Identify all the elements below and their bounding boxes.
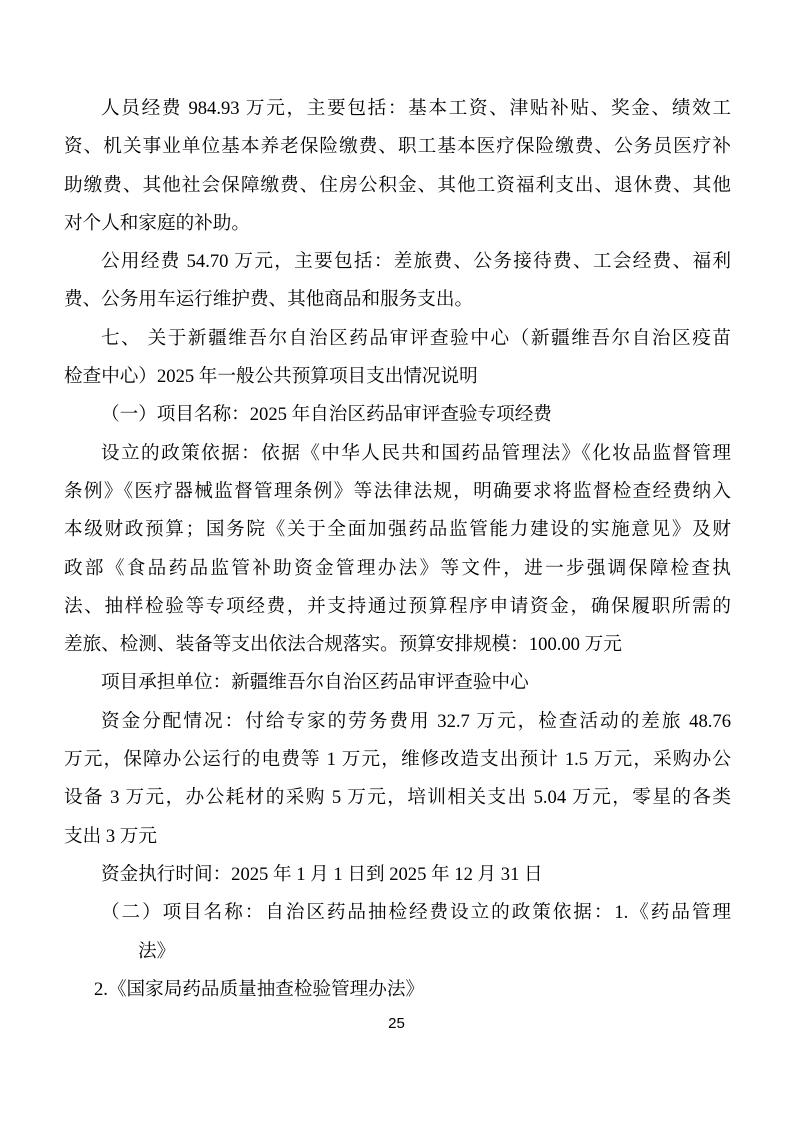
text-line: （一）项目名称：2025 年自治区药品审评查验专项经费 [64, 396, 731, 434]
text-line: 2.《国家局药品质量抽查检验管理办法》 [64, 971, 731, 1009]
text-line: 检查中心）2025 年一般公共预算项目支出情况说明 [64, 358, 731, 396]
text-line: 设立的政策依据：依据《中华人民共和国药品管理法》《化妆品监督管理 [64, 435, 731, 473]
text-line: 差旅、检测、装备等支出依法合规落实。预算安排规模：100.00 万元 [64, 626, 731, 664]
text-line: 政部《食品药品监管补助资金管理办法》等文件，进一步强调保障检查执 [64, 550, 731, 588]
text-line: 法》 [64, 933, 731, 971]
text-line: 人员经费 984.93 万元，主要包括：基本工资、津贴补贴、奖金、绩效工 [64, 90, 731, 128]
text-line: 设备 3 万元，办公耗材的采购 5 万元，培训相关支出 5.04 万元，零星的各… [64, 779, 731, 817]
text-line: 对个人和家庭的补助。 [64, 205, 731, 243]
text-line: 资、机关事业单位基本养老保险缴费、职工基本医疗保险缴费、公务员医疗补 [64, 128, 731, 166]
text-line: 七、 关于新疆维吾尔自治区药品审评查验中心（新疆维吾尔自治区疫苗 [64, 320, 731, 358]
text-line: 条例》《医疗器械监督管理条例》等法律法规，明确要求将监督检查经费纳入 [64, 473, 731, 511]
text-line: 助缴费、其他社会保障缴费、住房公积金、其他工资福利支出、退休费、其他 [64, 167, 731, 205]
document-page: { "document": { "page_number": "25", "li… [0, 0, 793, 1122]
text-line: 本级财政预算；国务院《关于全面加强药品监管能力建设的实施意见》及财 [64, 511, 731, 549]
document-body: 人员经费 984.93 万元，主要包括：基本工资、津贴补贴、奖金、绩效工 资、机… [64, 90, 731, 1009]
text-line: 公用经费 54.70 万元，主要包括：差旅费、公务接待费、工会经费、福利 [64, 243, 731, 281]
page-number: 25 [0, 1015, 793, 1032]
text-line: （二）项目名称：自治区药品抽检经费设立的政策依据：1.《药品管理 [64, 894, 731, 932]
text-line: 资金执行时间：2025 年 1 月 1 日到 2025 年 12 月 31 日 [64, 856, 731, 894]
text-line: 资金分配情况：付给专家的劳务费用 32.7 万元，检查活动的差旅 48.76 [64, 703, 731, 741]
text-line: 法、抽样检验等专项经费，并支持通过预算程序申请资金，确保履职所需的 [64, 588, 731, 626]
text-line: 费、公务用车运行维护费、其他商品和服务支出。 [64, 281, 731, 319]
text-line: 支出 3 万元 [64, 818, 731, 856]
text-line: 万元，保障办公运行的电费等 1 万元，维修改造支出预计 1.5 万元，采购办公 [64, 741, 731, 779]
text-line: 项目承担单位：新疆维吾尔自治区药品审评查验中心 [64, 664, 731, 702]
